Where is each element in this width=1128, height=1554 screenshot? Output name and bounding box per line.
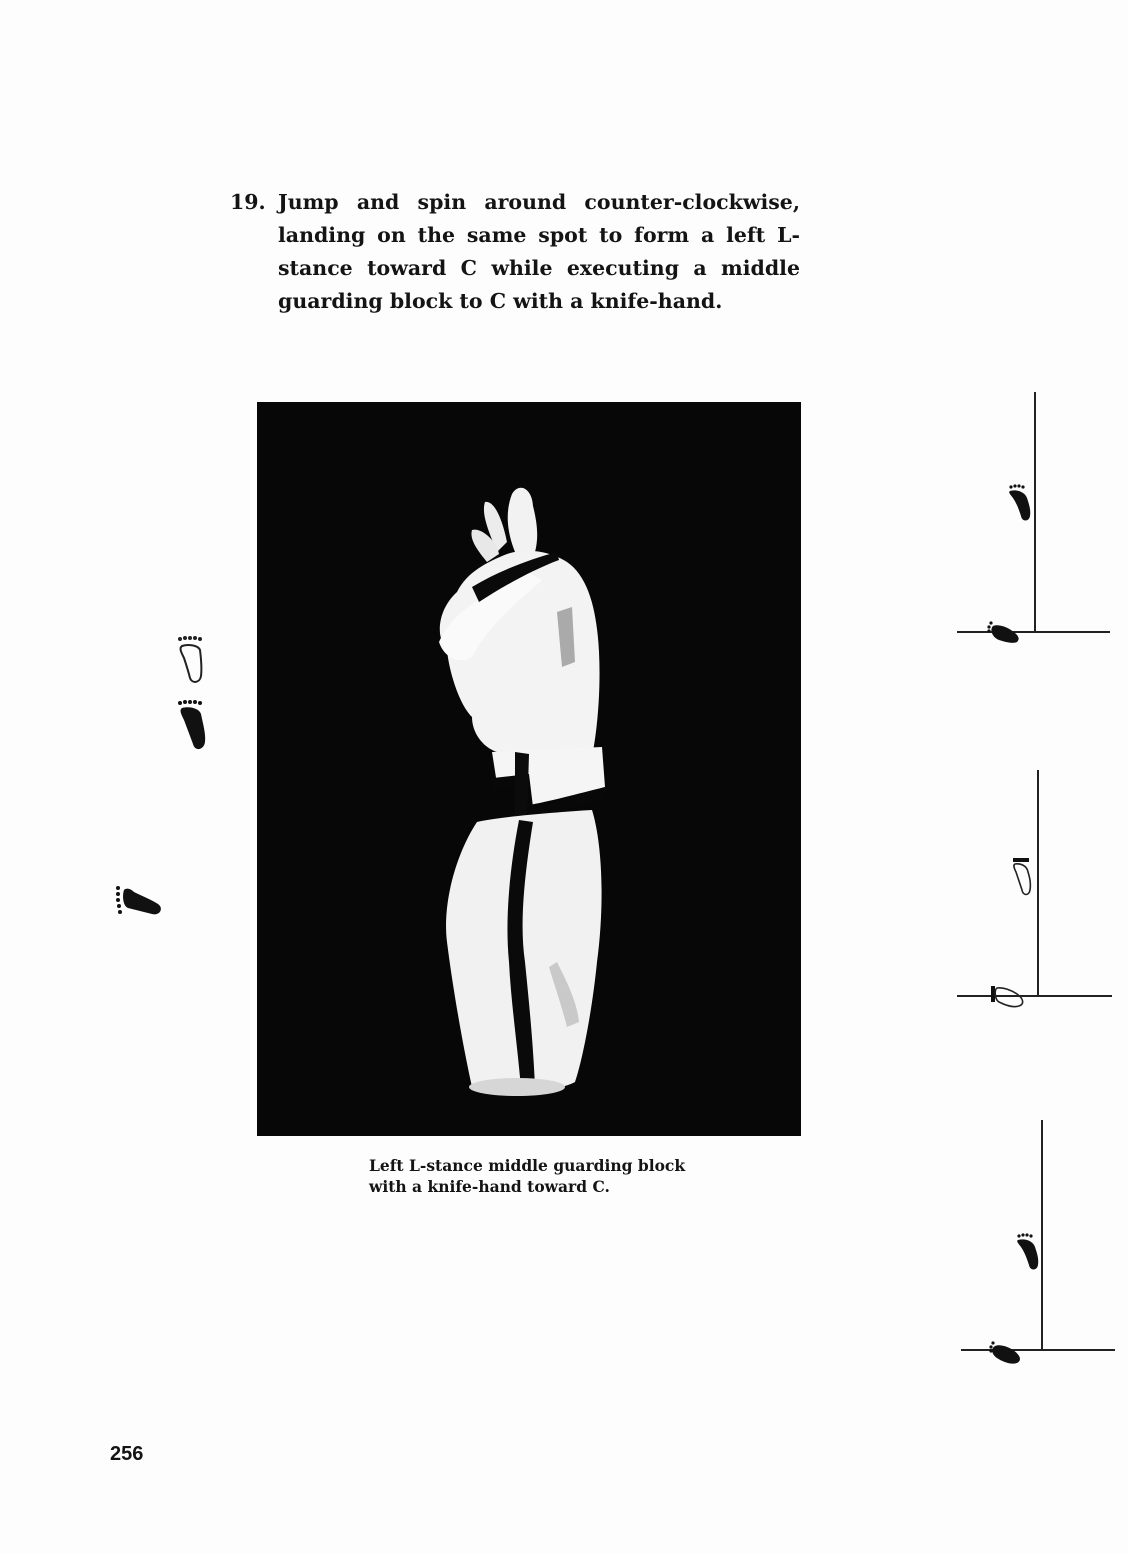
photo-caption: Left L-stance middle guarding block with… bbox=[369, 1155, 749, 1197]
stance-diagram-1 bbox=[955, 390, 1115, 650]
step-number: 19. bbox=[230, 186, 278, 318]
footprint-outline-icon bbox=[1013, 858, 1030, 895]
caption-line-2: with a knife-hand toward C. bbox=[369, 1176, 749, 1197]
technique-photo bbox=[257, 402, 801, 1136]
instruction-text: Jump and spin around counter-clockwise, … bbox=[278, 186, 800, 318]
martial-artist-silhouette bbox=[257, 402, 801, 1136]
stance-diagram-3 bbox=[955, 1118, 1120, 1368]
instruction-paragraph: 19. Jump and spin around counter-clockwi… bbox=[230, 186, 800, 318]
footprint-solid-icon bbox=[175, 698, 209, 752]
footprint-solid-icon bbox=[1017, 1233, 1038, 1269]
footprint-solid-right-icon bbox=[114, 884, 164, 918]
caption-line-1: Left L-stance middle guarding block bbox=[369, 1155, 749, 1176]
footprint-solid-right-icon bbox=[989, 1341, 1020, 1363]
footprint-outline-icon bbox=[174, 634, 208, 686]
footprint-solid-right-icon bbox=[987, 621, 1018, 642]
page-number: 256 bbox=[110, 1443, 143, 1466]
stance-diagram-2 bbox=[955, 768, 1115, 1008]
footprint-solid-icon bbox=[1009, 484, 1030, 520]
